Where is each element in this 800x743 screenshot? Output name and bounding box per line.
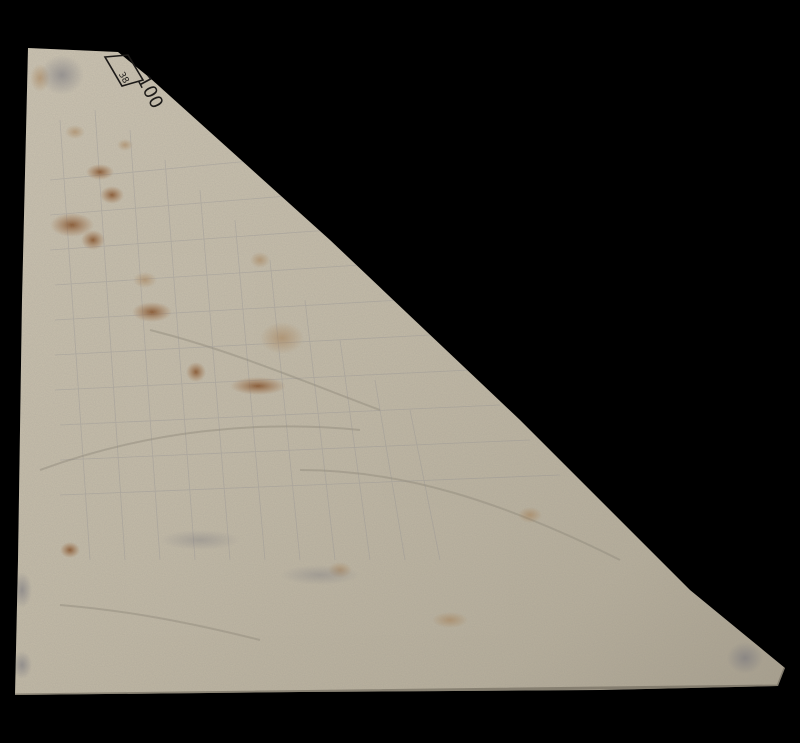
cloth-fragment: 38 100 xyxy=(0,0,800,743)
photo-scene: 38 100 xyxy=(0,0,800,743)
